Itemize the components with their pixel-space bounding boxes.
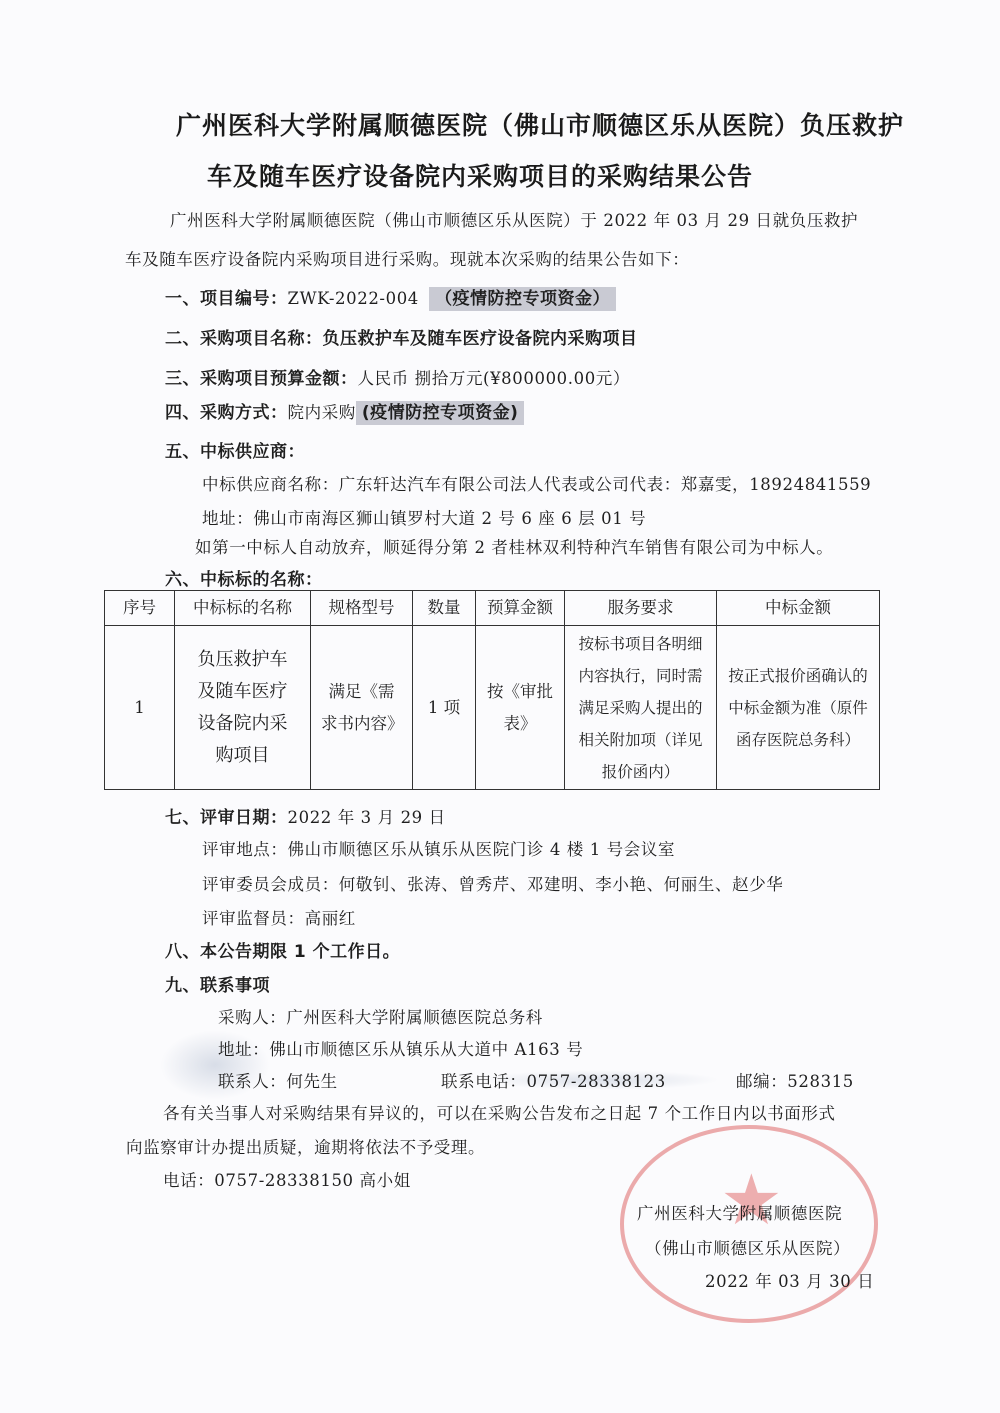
fund-tag: （疫情防控专项资金） bbox=[429, 287, 616, 311]
section-label: 七、评审日期： bbox=[165, 808, 288, 828]
section-notice-period: 八、本公告期限 1 个工作日。 bbox=[165, 937, 400, 962]
column-header: 序号 bbox=[105, 591, 175, 626]
supplier-address: 地址：佛山市南海区狮山镇罗村大道 2 号 6 座 6 层 01 号 bbox=[202, 505, 646, 529]
review-supervisor: 评审监督员：高丽红 bbox=[202, 905, 356, 929]
purchaser-address: 地址：佛山市顺德区乐从镇乐从大道中 A163 号 bbox=[218, 1036, 583, 1060]
review-date: 2022 年 3 月 29 日 bbox=[288, 808, 446, 827]
review-committee: 评审委员会成员：何敬钊、张涛、曾秀芹、邓建明、李小艳、何丽生、赵少华 bbox=[202, 871, 783, 895]
review-location: 评审地点：佛山市顺德区乐从镇乐从医院门诊 4 楼 1 号会议室 bbox=[202, 836, 675, 860]
column-header: 中标标的名称 bbox=[175, 591, 311, 626]
document-title-line2: 车及随车医疗设备院内采购项目的采购结果公告 bbox=[207, 157, 753, 193]
intro-line1: 广州医科大学附属顺德医院（佛山市顺德区乐从医院）于 2022 年 03 月 29… bbox=[170, 207, 858, 231]
table-row: 1 负压救护车及随车医疗设备院内采购项目 满足《需求书内容》 1 项 按《审批表… bbox=[105, 626, 880, 790]
section-budget: 三、采购项目预算金额：人民币 捌拾万元(¥800000.00元） bbox=[165, 364, 630, 389]
column-header: 预算金额 bbox=[476, 591, 565, 626]
section-procurement-method: 四、采购方式：院内采购(疫情防控专项资金) bbox=[165, 398, 524, 423]
project-number: ZWK-2022-004 bbox=[288, 289, 419, 308]
cell-name: 负压救护车及随车医疗设备院内采购项目 bbox=[175, 626, 311, 790]
column-header: 中标金额 bbox=[717, 591, 880, 626]
cell-service: 按标书项目各明细内容执行，同时需满足采购人提出的相关附加项（详见报价函内） bbox=[565, 626, 717, 790]
column-header: 规格型号 bbox=[311, 591, 413, 626]
fallback-supplier-note: 如第一中标人自动放弃，顺延得分第 2 者桂林双利特种汽车销售有限公司为中标人。 bbox=[195, 534, 833, 558]
cell-qty: 1 项 bbox=[413, 626, 476, 790]
document-title-line1: 广州医科大学附属顺德医院（佛山市顺德区乐从医院）负压救护 bbox=[176, 106, 904, 142]
section-winning-supplier: 五、中标供应商： bbox=[165, 437, 305, 462]
supplier-name: 中标供应商名称：广东轩达汽车有限公司法人代表或公司代表：郑嘉雯，18924841… bbox=[202, 471, 871, 495]
postcode: 邮编：528315 bbox=[736, 1068, 854, 1092]
section-project-name: 二、采购项目名称：负压救护车及随车医疗设备院内采购项目 bbox=[165, 324, 638, 349]
section-label: 三、采购项目预算金额： bbox=[165, 369, 358, 389]
award-table: 序号 中标标的名称 规格型号 数量 预算金额 服务要求 中标金额 1 负压救护车… bbox=[104, 590, 880, 790]
signature-org-alt: （佛山市顺德区乐从医院） bbox=[645, 1235, 850, 1259]
section-label: 四、采购方式： bbox=[165, 403, 288, 423]
signature-date: 2022 年 03 月 30 日 bbox=[705, 1268, 874, 1292]
purchaser: 采购人：广州医科大学附属顺德医院总务科 bbox=[218, 1004, 543, 1028]
project-name: 负压救护车及随车医疗设备院内采购项目 bbox=[323, 329, 638, 349]
table-header-row: 序号 中标标的名称 规格型号 数量 预算金额 服务要求 中标金额 bbox=[105, 591, 880, 626]
objection-phone: 电话：0757-28338150 高小姐 bbox=[163, 1167, 411, 1191]
cell-budget: 按《审批表》 bbox=[476, 626, 565, 790]
section-award-subject: 六、中标标的名称： bbox=[165, 565, 323, 590]
procurement-method: 院内采购 bbox=[288, 403, 356, 422]
contact-person: 联系人：何先生 bbox=[218, 1068, 338, 1092]
objection-line1: 各有关当事人对采购结果有异议的，可以在采购公告发布之日起 7 个工作日内以书面形… bbox=[163, 1100, 836, 1124]
intro-line2: 车及随车医疗设备院内采购项目进行采购。现就本次采购的结果公告如下： bbox=[125, 246, 689, 270]
section-label: 一、项目编号： bbox=[165, 289, 288, 309]
fund-tag: (疫情防控专项资金) bbox=[356, 401, 525, 425]
section-label: 二、采购项目名称： bbox=[165, 329, 323, 349]
cell-amount: 按正式报价函确认的中标金额为准（原件函存医院总务科） bbox=[717, 626, 880, 790]
section-contact: 九、联系事项 bbox=[165, 971, 270, 996]
cell-spec: 满足《需求书内容》 bbox=[311, 626, 413, 790]
objection-line2: 向监察审计办提出质疑，逾期将依法不予受理。 bbox=[126, 1134, 485, 1158]
section-project-number: 一、项目编号：ZWK-2022-004 （疫情防控专项资金） bbox=[165, 284, 616, 309]
column-header: 数量 bbox=[413, 591, 476, 626]
column-header: 服务要求 bbox=[565, 591, 717, 626]
budget-amount: 人民币 捌拾万元(¥800000.00元） bbox=[358, 369, 631, 388]
signature-org: 广州医科大学附属顺德医院 bbox=[637, 1200, 842, 1224]
cell-no: 1 bbox=[105, 626, 175, 790]
contact-phone: 联系电话：0757-28338123 bbox=[441, 1068, 666, 1092]
section-review-date: 七、评审日期：2022 年 3 月 29 日 bbox=[165, 803, 446, 828]
